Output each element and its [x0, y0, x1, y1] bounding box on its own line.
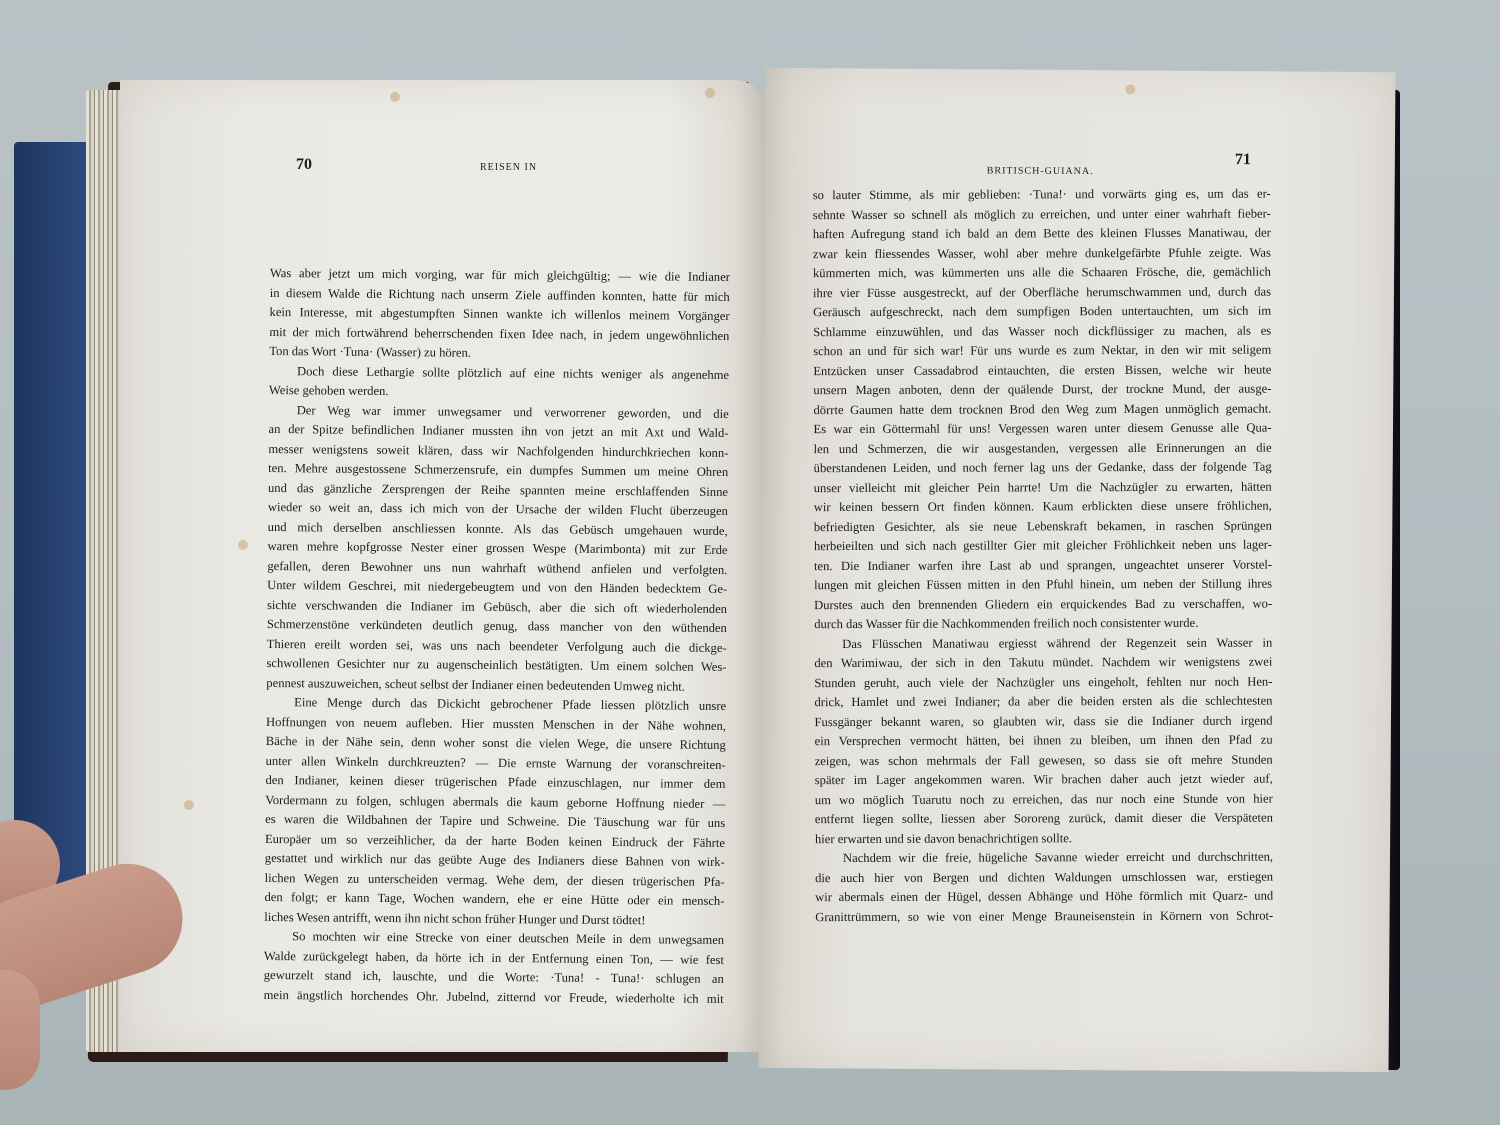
text-line: Stunden geruht, auch viele der Nachzügle… [814, 672, 1272, 693]
text-line: überstandenen Leiden, und noch ferner la… [814, 458, 1272, 479]
text-line: Fussgänger bekannt waren, so glaubten wi… [815, 711, 1273, 732]
foxing-stain [390, 92, 400, 102]
text-line: befriedigten Gesichter, als sie neue Leb… [814, 516, 1272, 537]
text-line: zwar kein fliessendes Wasser, wohl aber … [813, 243, 1271, 264]
text-line: Schlamme einzuwühlen, und das Wasser noc… [813, 321, 1271, 342]
page-text-right: so lauter Stimme, als mir geblieben: ·Tu… [813, 185, 1274, 928]
text-line: sehnte Wasser so schnell als möglich zu … [813, 204, 1271, 225]
text-line: um wo möglich Tuarutu noch zu erreichen,… [815, 789, 1273, 810]
text-line: Entzücken unser Cassadabrod eintauchten,… [813, 360, 1271, 381]
text-line: Nachdem wir die freie, hügeliche Savanne… [815, 848, 1273, 869]
text-line: kümmerten mich, was kümmerten uns alle d… [813, 263, 1271, 284]
text-line: wir abermals einen der Hügel, dessen Abh… [815, 887, 1273, 908]
hand-thumb [0, 820, 190, 1080]
page-number-left: 70 [296, 156, 312, 174]
page-left: 70 REISEN IN Was aber jetzt um mich vorg… [120, 80, 765, 1052]
text-line: Das Flüsschen Manatiwau ergiesst während… [814, 633, 1272, 654]
text-line: herbeieilten und sich nach gestillter Gi… [814, 536, 1272, 557]
running-head-left: REISEN IN [480, 162, 537, 173]
page-number-right: 71 [1235, 151, 1251, 169]
text-line: so lauter Stimme, als mir geblieben: ·Tu… [813, 185, 1271, 206]
foxing-stain [184, 800, 194, 810]
page-text-left: Was aber jetzt um mich vorging, war für … [264, 264, 730, 1009]
text-line: entfernt liegen sollte, liessen aber Sor… [815, 809, 1273, 830]
text-line: schon an und für sich war! Für uns wurde… [813, 341, 1271, 362]
text-line: ten. Die Indianer warfen ihre Last ab un… [814, 555, 1272, 576]
text-line: mein ängstlich horchendes Ohr. Jubelnd, … [264, 985, 724, 1009]
text-line: ihre vier Füsse ausgestreckt, auf der Ob… [813, 282, 1271, 303]
text-line: durch das Wasser für die Nachkommenden f… [814, 614, 1272, 635]
text-line: dörrte Gaumen hatte dem trocknen Brod de… [813, 399, 1271, 420]
text-line: Geräusch aufgeschreckt, nach dem sumpfig… [813, 302, 1271, 323]
text-line: den Warimiwau, der sich in den Takutu mü… [814, 653, 1272, 674]
text-line: ein Versprechen vermocht hätten, bei ihn… [815, 731, 1273, 752]
text-line: lungen mit gleichen Füssen mitten in den… [814, 575, 1272, 596]
foxing-stain [238, 540, 248, 550]
text-line: Es war ein Göttermahl für uns! Vergessen… [813, 419, 1271, 440]
text-line: drick, Hamlet und zwei Indianer; da aber… [814, 692, 1272, 713]
text-line: Granittrümmern, so wie von einer Menge B… [815, 906, 1273, 927]
text-line: hier erwarten und sie davon benachrichti… [815, 828, 1273, 849]
text-line: unser vielleicht mit gleicher Pein harrt… [814, 477, 1272, 498]
text-line: wir keinen bessern Ort finden können. Ka… [814, 497, 1272, 518]
text-line: unsern Magen anboten, denn der quälende … [813, 380, 1271, 401]
text-line: zeigen, was schon mehrmals der Fall gewe… [815, 750, 1273, 771]
text-line: später im Lager angekommen waren. Wir br… [815, 770, 1273, 791]
text-line: Durstes auch den brennenden Gliedern ein… [814, 594, 1272, 615]
text-line: haften Aufregung stand ich bald an dem B… [813, 224, 1271, 245]
text-line: die auch hier von Bergen und dichten Wal… [815, 867, 1273, 888]
running-head-right: BRITISCH-GUIANA. [987, 165, 1094, 177]
foxing-stain [705, 88, 715, 98]
foxing-stain [1125, 84, 1135, 94]
text-line: len und Schmerzen, die wir ausgestanden,… [814, 438, 1272, 459]
page-right: BRITISCH-GUIANA. 71 so lauter Stimme, al… [759, 68, 1396, 1072]
palm [0, 970, 40, 1090]
